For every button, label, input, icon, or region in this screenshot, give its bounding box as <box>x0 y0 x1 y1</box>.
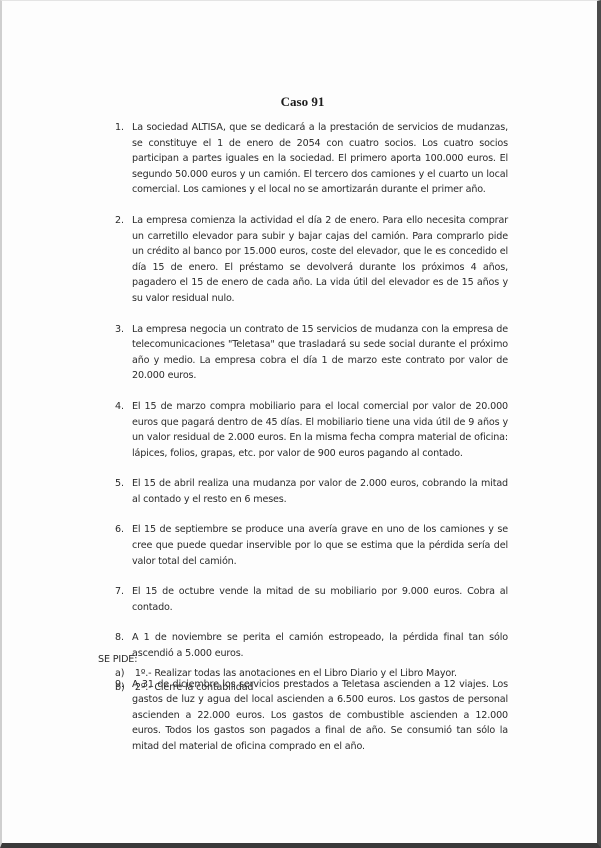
list-item: 3. La empresa negocia un contrato de 15 … <box>115 322 508 384</box>
item-number: 7. <box>115 584 124 600</box>
item-text: El 15 de septiembre se produce una averí… <box>132 522 508 569</box>
item-number: 3. <box>115 322 124 338</box>
item-number: 8. <box>115 630 124 646</box>
item-number: 2. <box>115 213 124 229</box>
list-item: 8. A 1 de noviembre se perita el camión … <box>115 630 508 661</box>
item-text: El 15 de marzo compra mobiliario para el… <box>132 399 508 461</box>
task-text: 2º.- Cierre la contabilidad <box>135 682 253 693</box>
task-item: a) 1º.- Realizar todas las anotaciones e… <box>115 668 457 679</box>
item-text: La empresa negocia un contrato de 15 ser… <box>132 322 508 384</box>
list-item: 1. La sociedad ALTISA, que se dedicará a… <box>115 120 508 198</box>
se-pide-heading: SE PIDE: <box>98 654 137 665</box>
scanned-page: Caso 91 1. La sociedad ALTISA, que se de… <box>0 0 601 848</box>
item-text: El 15 de abril realiza una mudanza por v… <box>132 476 508 507</box>
list-item: 4. El 15 de marzo compra mobiliario para… <box>115 399 508 461</box>
item-number: 6. <box>115 522 124 538</box>
task-label: b) <box>115 682 132 693</box>
task-text: 1º.- Realizar todas las anotaciones en e… <box>135 668 457 679</box>
item-number: 1. <box>115 120 124 136</box>
item-number: 5. <box>115 476 124 492</box>
item-text: El 15 de octubre vende la mitad de su mo… <box>132 584 508 615</box>
list-item: 5. El 15 de abril realiza una mudanza po… <box>115 476 508 507</box>
item-text: La empresa comienza la actividad el día … <box>132 213 508 307</box>
item-text: La sociedad ALTISA, que se dedicará a la… <box>132 120 508 198</box>
task-item: b) 2º.- Cierre la contabilidad <box>115 682 253 693</box>
item-number: 4. <box>115 399 124 415</box>
task-label: a) <box>115 668 132 679</box>
list-item: 6. El 15 de septiembre se produce una av… <box>115 522 508 569</box>
list-item: 2. La empresa comienza la actividad el d… <box>115 213 508 307</box>
list-item: 7. El 15 de octubre vende la mitad de su… <box>115 584 508 615</box>
document-title: Caso 91 <box>2 94 601 110</box>
item-text: A 1 de noviembre se perita el camión est… <box>132 630 508 661</box>
